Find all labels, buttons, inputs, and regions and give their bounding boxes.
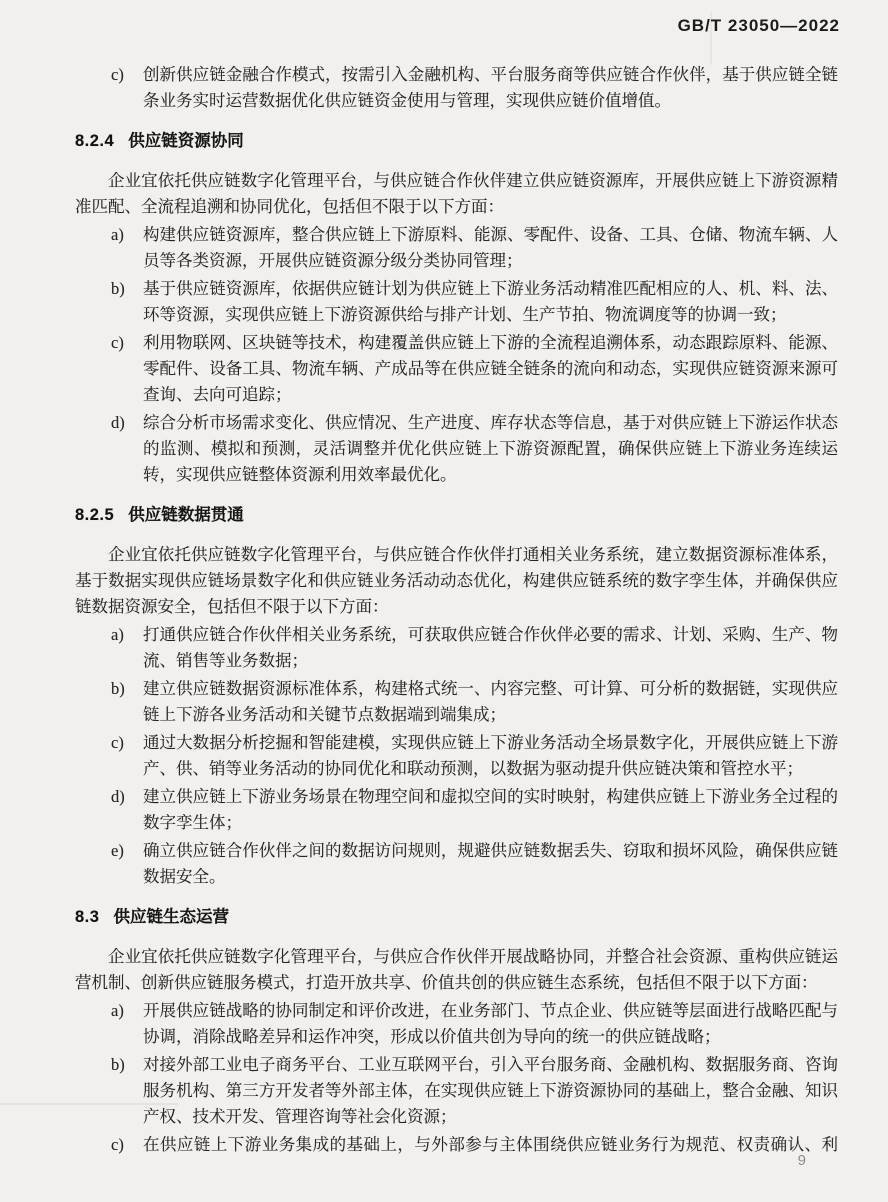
section-heading: 8.2.4供应链资源协同: [75, 128, 838, 154]
list-item-marker: c): [111, 62, 124, 88]
list-item-text: 打通供应链合作伙伴相关业务系统，可获取供应链合作伙伴必要的需求、计划、采购、生产…: [143, 625, 838, 670]
list-item-marker: a): [111, 222, 124, 248]
section-number: 8.2.4: [75, 132, 114, 150]
list-item-text: 基于供应链资源库，依据供应链计划为供应链上下游业务活动精准匹配相应的人、机、料、…: [143, 279, 838, 324]
list-item: c)通过大数据分析挖掘和智能建模，实现供应链上下游业务活动全场景数字化，开展供应…: [75, 730, 838, 782]
list-item-marker: b): [111, 1052, 125, 1078]
list-item-text: 对接外部工业电子商务平台、工业互联网平台，引入平台服务商、金融机构、数据服务商、…: [143, 1055, 838, 1126]
list-item-text: 综合分析市场需求变化、供应情况、生产进度、库存状态等信息，基于对供应链上下游运作…: [143, 413, 838, 484]
paragraph: 企业宜依托供应链数字化管理平台，与供应链合作伙伴打通相关业务系统，建立数据资源标…: [75, 542, 838, 620]
page-number: 9: [798, 1152, 806, 1169]
list-item-marker: c): [111, 730, 124, 756]
section-number: 8.2.5: [75, 506, 114, 524]
list-item: c)利用物联网、区块链等技术，构建覆盖供应链上下游的全流程追溯体系，动态跟踪原料…: [75, 330, 838, 408]
list-item-marker: b): [111, 676, 125, 702]
list-item-text: 确立供应链合作伙伴之间的数据访问规则，规避供应链数据丢失、窃取和损坏风险，确保供…: [143, 841, 838, 886]
section-number: 8.3: [75, 908, 99, 926]
list-item: d)综合分析市场需求变化、供应情况、生产进度、库存状态等信息，基于对供应链上下游…: [75, 410, 838, 488]
list-item: c)创新供应链金融合作模式，按需引入金融机构、平台服务商等供应链合作伙伴，基于供…: [75, 62, 838, 114]
list-item-text: 在供应链上下游业务集成的基础上，与外部参与主体围绕供应链业务行为规范、权责确认、…: [143, 1135, 838, 1154]
document-content: c)创新供应链金融合作模式，按需引入金融机构、平台服务商等供应链合作伙伴，基于供…: [75, 0, 838, 1158]
list-item-text: 通过大数据分析挖掘和智能建模，实现供应链上下游业务活动全场景数字化，开展供应链上…: [143, 733, 838, 778]
list-item-marker: d): [111, 410, 125, 436]
list-item-text: 构建供应链资源库，整合供应链上下游原料、能源、零配件、设备、工具、仓储、物流车辆…: [143, 225, 838, 270]
list-item-marker: c): [111, 330, 124, 356]
section-title: 供应链数据贯通: [128, 506, 244, 524]
section-title: 供应链资源协同: [128, 132, 244, 150]
list-item-marker: e): [111, 838, 124, 864]
list-item-text: 建立供应链上下游业务场景在物理空间和虚拟空间的实时映射，构建供应链上下游业务全过…: [143, 787, 838, 832]
list-item-marker: a): [111, 998, 124, 1024]
section-heading: 8.2.5供应链数据贯通: [75, 502, 838, 528]
section-title: 供应链生态运营: [113, 908, 229, 926]
list-item: e)确立供应链合作伙伴之间的数据访问规则，规避供应链数据丢失、窃取和损坏风险，确…: [75, 838, 838, 890]
list-item-marker: c): [111, 1132, 124, 1158]
section-heading: 8.3供应链生态运营: [75, 904, 838, 930]
list-item: b)对接外部工业电子商务平台、工业互联网平台，引入平台服务商、金融机构、数据服务…: [75, 1052, 838, 1130]
list-item: a)打通供应链合作伙伴相关业务系统，可获取供应链合作伙伴必要的需求、计划、采购、…: [75, 622, 838, 674]
paragraph: 企业宜依托供应链数字化管理平台，与供应合作伙伴开展战略协同，并整合社会资源、重构…: [75, 944, 838, 996]
list-item: a)构建供应链资源库，整合供应链上下游原料、能源、零配件、设备、工具、仓储、物流…: [75, 222, 838, 274]
list-item-text: 建立供应链数据资源标准体系，构建格式统一、内容完整、可计算、可分析的数据链，实现…: [143, 679, 838, 724]
list-item: b)建立供应链数据资源标准体系，构建格式统一、内容完整、可计算、可分析的数据链，…: [75, 676, 838, 728]
list-item: c)在供应链上下游业务集成的基础上，与外部参与主体围绕供应链业务行为规范、权责确…: [75, 1132, 838, 1158]
list-item-marker: d): [111, 784, 125, 810]
list-item-marker: b): [111, 276, 125, 302]
paragraph: 企业宜依托供应链数字化管理平台，与供应链合作伙伴建立供应链资源库，开展供应链上下…: [75, 168, 838, 220]
list-item: d)建立供应链上下游业务场景在物理空间和虚拟空间的实时映射，构建供应链上下游业务…: [75, 784, 838, 836]
document-page: GB/T 23050—2022 c)创新供应链金融合作模式，按需引入金融机构、平…: [0, 0, 888, 1202]
list-item-text: 开展供应链战略的协同制定和评价改进，在业务部门、节点企业、供应链等层面进行战略匹…: [143, 1001, 838, 1046]
list-item-text: 创新供应链金融合作模式，按需引入金融机构、平台服务商等供应链合作伙伴，基于供应链…: [143, 65, 838, 110]
list-item-marker: a): [111, 622, 124, 648]
list-item: a)开展供应链战略的协同制定和评价改进，在业务部门、节点企业、供应链等层面进行战…: [75, 998, 838, 1050]
list-item-text: 利用物联网、区块链等技术，构建覆盖供应链上下游的全流程追溯体系，动态跟踪原料、能…: [143, 333, 838, 404]
list-item: b)基于供应链资源库，依据供应链计划为供应链上下游业务活动精准匹配相应的人、机、…: [75, 276, 838, 328]
